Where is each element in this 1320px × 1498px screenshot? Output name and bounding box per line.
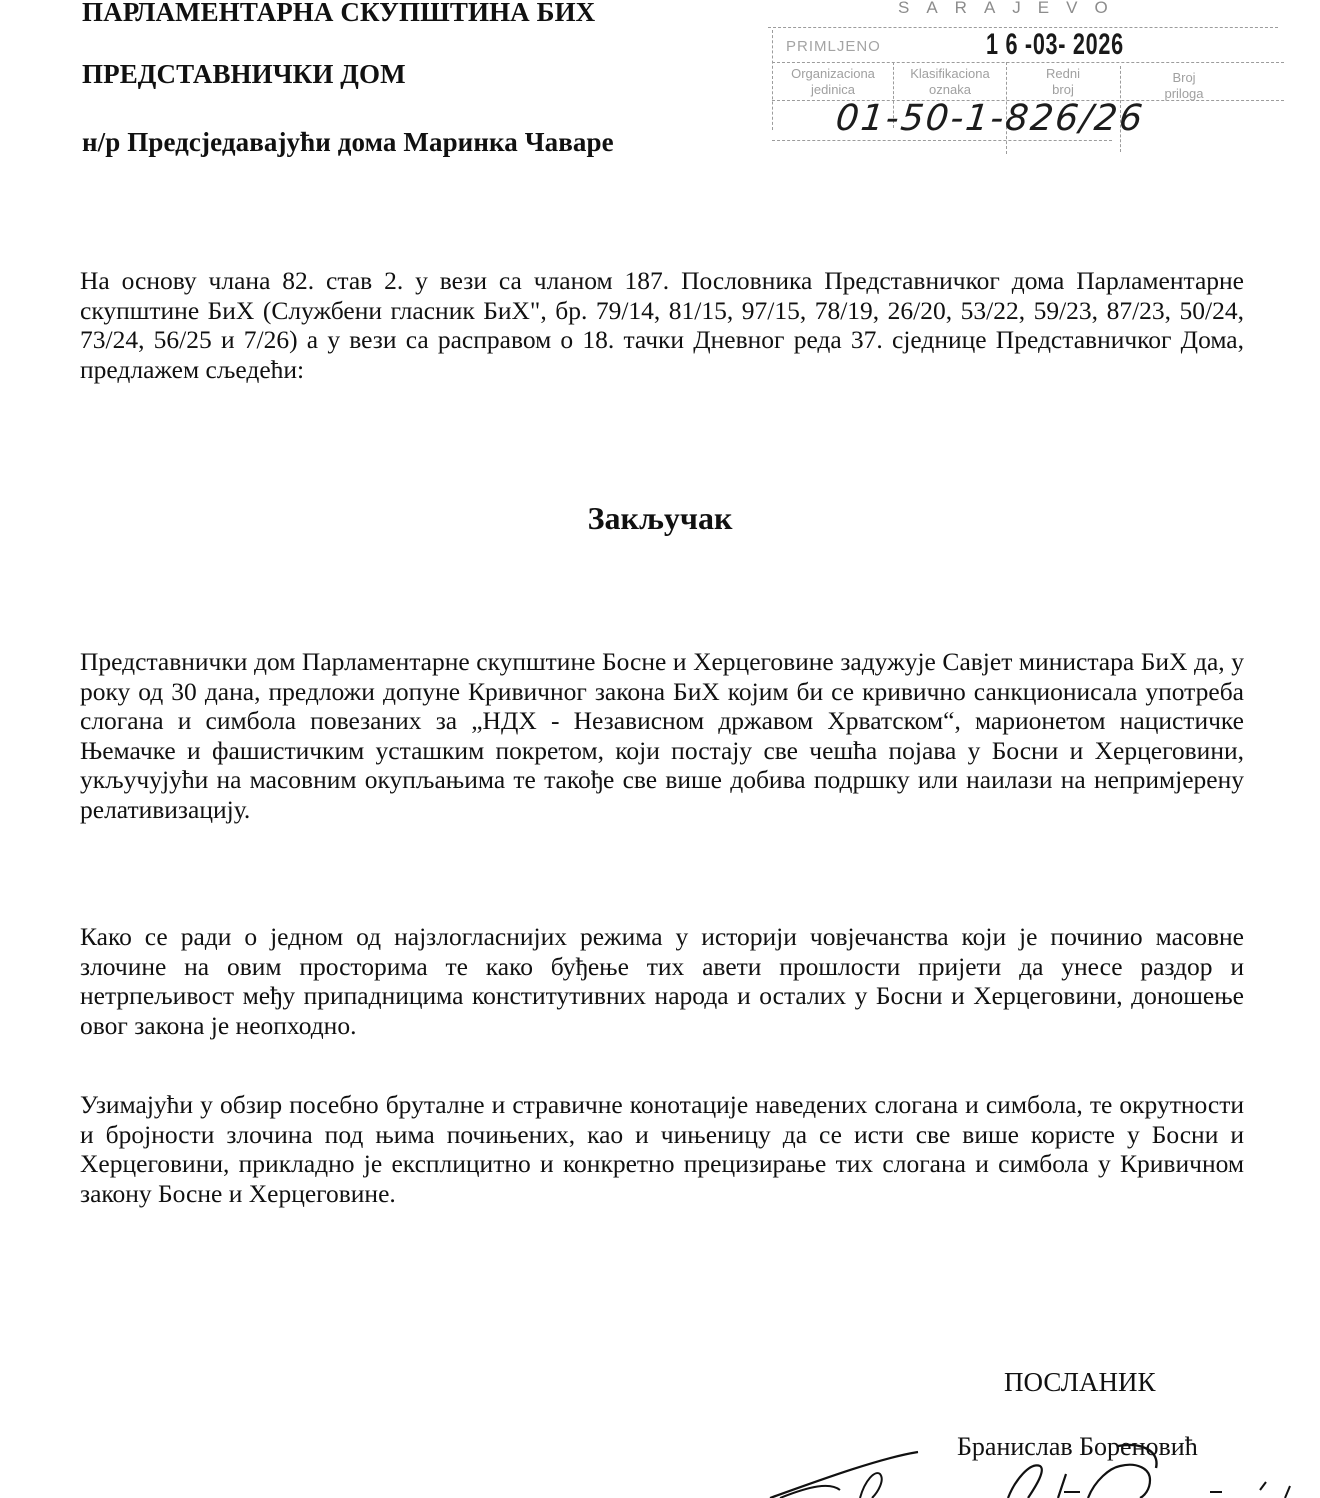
- header-attention: н/р Предсједавајући дома Маринка Чаваре: [82, 127, 614, 158]
- intro-paragraph: На основу члана 82. став 2. у вези са чл…: [80, 266, 1244, 384]
- signatory-role: ПОСЛАНИК: [1004, 1367, 1155, 1398]
- stamp-col-serial-number: Redni broj: [1008, 66, 1118, 98]
- stamp-row-divider: [772, 62, 1284, 63]
- body-paragraph: Представнички дом Парламентарне скупштин…: [80, 647, 1244, 824]
- stamp-border-bottom: [772, 140, 1112, 141]
- body-paragraph: Узимајући у обзир посебно бруталне и стр…: [80, 1090, 1244, 1208]
- document-title: Закључак: [0, 500, 1320, 537]
- body-paragraph: Како се ради о једном од најзлогласнијих…: [80, 922, 1244, 1040]
- stamp-border-left: [772, 30, 773, 130]
- header-house: ПРЕДСТАВНИЧКИ ДОМ: [82, 59, 406, 90]
- stamp-col-classification: Klasifikaciona oznaka: [896, 66, 1004, 98]
- stamp-received-label: PRIMLJENO: [786, 38, 881, 55]
- reception-stamp: SARAJEVO PRIMLJENO 1 6 -03- 2026 Organiz…: [768, 0, 1320, 160]
- header-parliament: ПАРЛАМЕНТАРНА СКУПШТИНА БИХ: [82, 0, 595, 28]
- handwritten-signature-icon: [740, 1440, 1320, 1498]
- stamp-date: 1 6 -03- 2026: [986, 28, 1124, 62]
- stamp-handwritten-number: 01-50-1-826/26: [834, 98, 1146, 139]
- stamp-city: SARAJEVO: [898, 0, 1125, 18]
- document-page: ПАРЛАМЕНТАРНА СКУПШТИНА БИХ ПРЕДСТАВНИЧК…: [0, 0, 1320, 1498]
- stamp-col-org-unit: Organizaciona jedinica: [774, 66, 892, 98]
